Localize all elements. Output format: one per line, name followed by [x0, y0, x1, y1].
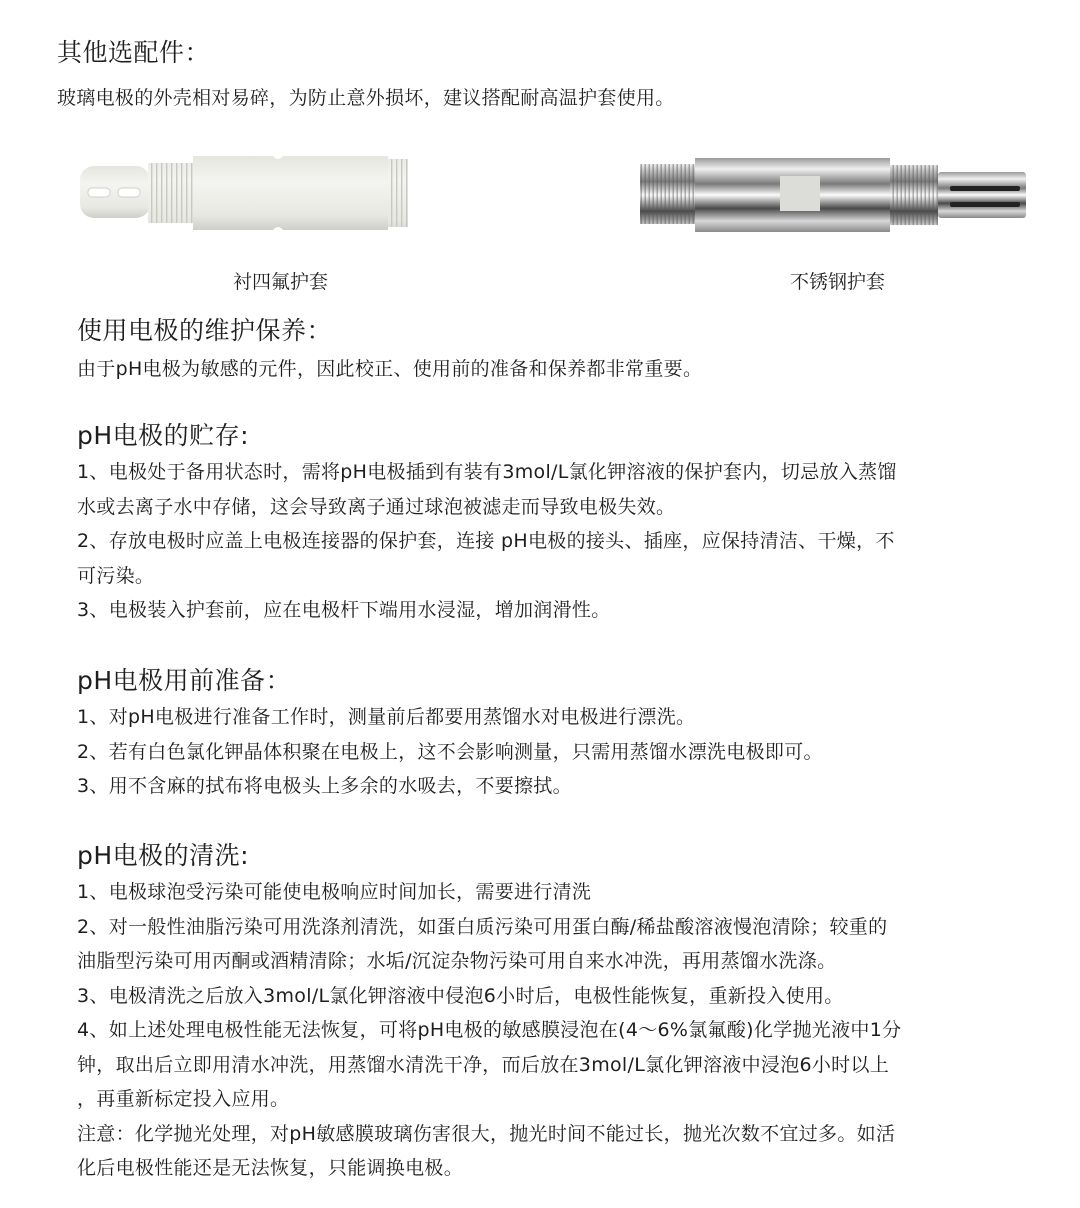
- cleaning-note-line: 化后电极性能还是无法恢复，只能调换电极。: [77, 1151, 1027, 1186]
- storage-line: 可污染。: [77, 559, 1027, 594]
- storage-line: 1、电极处于备用状态时，需将pH电极插到有装有3mol/L氯化钾溶液的保护套内，…: [77, 455, 1027, 490]
- ptfe-sleeve-caption: 衬四氟护套: [193, 270, 368, 294]
- cleaning-line: 3、电极清洗之后放入3mol/L氯化钾溶液中侵泡6小时后，电极性能恢复，重新投入…: [77, 979, 1027, 1014]
- storage-body: 1、电极处于备用状态时，需将pH电极插到有装有3mol/L氯化钾溶液的保护套内，…: [77, 455, 1027, 628]
- stainless-steel-sleeve-image: [638, 150, 1030, 240]
- cleaning-title: pH电极的清洗:: [77, 841, 1027, 871]
- cleaning-line: 4、如上述处理电极性能无法恢复，可将pH电极的敏感膜浸泡在(4～6%氯氟酸)化学…: [77, 1013, 1027, 1048]
- cleaning-section: pH电极的清洗: 1、电极球泡受污染可能使电极响应时间加长，需要进行清洗 2、对…: [77, 841, 1027, 1186]
- stainless-steel-sleeve-caption: 不锈钢护套: [750, 270, 925, 294]
- preparation-line: 2、若有白色氯化钾晶体积聚在电极上，这不会影响测量，只需用蒸馏水漂洗电极即可。: [77, 735, 1027, 770]
- maintenance-section: 使用电极的维护保养： 由于pH电极为敏感的元件，因此校正、使用前的准备和保养都非…: [77, 316, 1027, 387]
- storage-line: 水或去离子水中存储，这会导致离子通过球泡被滤走而导致电极失效。: [77, 490, 1027, 525]
- cleaning-line: 钟，取出后立即用清水冲洗，用蒸馏水清洗干净，而后放在3mol/L氯化钾溶液中浸泡…: [77, 1048, 1027, 1083]
- preparation-line: 1、对pH电极进行准备工作时，测量前后都要用蒸馏水对电极进行漂洗。: [77, 700, 1027, 735]
- ptfe-sleeve-image: [78, 148, 408, 238]
- maintenance-text: 由于pH电极为敏感的元件，因此校正、使用前的准备和保养都非常重要。: [77, 352, 1027, 387]
- maintenance-title: 使用电极的维护保养：: [77, 316, 1027, 346]
- storage-line: 2、存放电极时应盖上电极连接器的保护套，连接 pH电极的接头、插座，应保持清洁、…: [77, 524, 1027, 559]
- cleaning-body: 1、电极球泡受污染可能使电极响应时间加长，需要进行清洗 2、对一般性油脂污染可用…: [77, 875, 1027, 1186]
- preparation-line: 3、用不含麻的拭布将电极头上多余的水吸去，不要擦拭。: [77, 769, 1027, 804]
- accessories-title: 其他选配件：: [57, 38, 210, 68]
- preparation-section: pH电极用前准备： 1、对pH电极进行准备工作时，测量前后都要用蒸馏水对电极进行…: [77, 666, 1027, 804]
- preparation-body: 1、对pH电极进行准备工作时，测量前后都要用蒸馏水对电极进行漂洗。 2、若有白色…: [77, 700, 1027, 804]
- cleaning-line: 油脂型污染可用丙酮或酒精清除；水垢/沉淀杂物污染可用自来水冲洗，再用蒸馏水洗涤。: [77, 944, 1027, 979]
- preparation-title: pH电极用前准备：: [77, 666, 1027, 696]
- storage-title: pH电极的贮存:: [77, 421, 1027, 451]
- cleaning-note-line: 注意：化学抛光处理，对pH敏感膜玻璃伤害很大，抛光时间不能过长，抛光次数不宜过多…: [77, 1117, 1027, 1152]
- accessories-intro: 玻璃电极的外壳相对易碎，为防止意外损坏，建议搭配耐高温护套使用。: [57, 81, 675, 116]
- storage-line: 3、电极装入护套前，应在电极杆下端用水浸湿，增加润滑性。: [77, 593, 1027, 628]
- cleaning-line: 1、电极球泡受污染可能使电极响应时间加长，需要进行清洗: [77, 875, 1027, 910]
- cleaning-line: 2、对一般性油脂污染可用洗涤剂清洗，如蛋白质污染可用蛋白酶/稀盐酸溶液慢泡清除；…: [77, 910, 1027, 945]
- storage-section: pH电极的贮存: 1、电极处于备用状态时，需将pH电极插到有装有3mol/L氯化…: [77, 421, 1027, 628]
- cleaning-line: ，再重新标定投入应用。: [77, 1082, 1027, 1117]
